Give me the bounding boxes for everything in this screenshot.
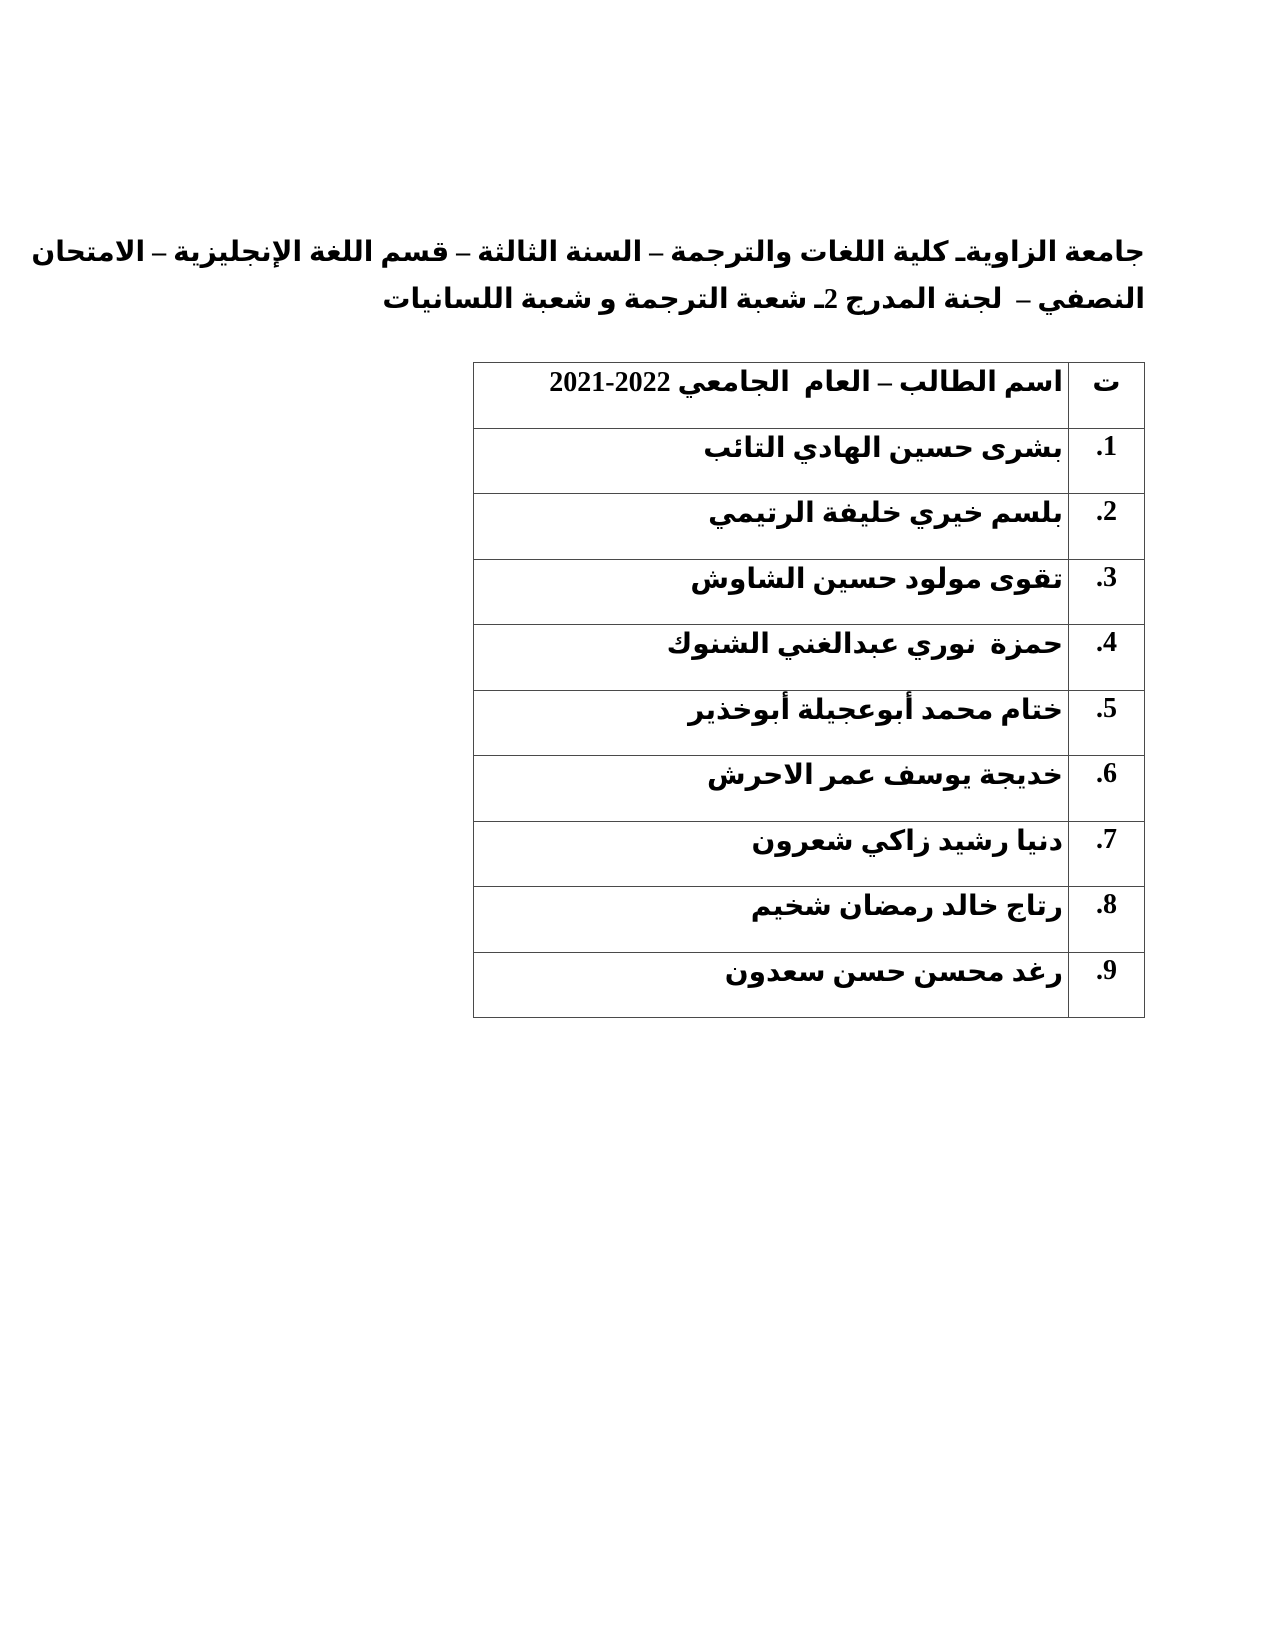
student-name: تقوى مولود حسين الشاوش [474,559,1069,625]
table-row: 9. رغد محسن حسن سعدون [474,952,1145,1018]
table-row: 1. بشرى حسين الهادي التائب [474,428,1145,494]
name-column-header: اسم الطالب – العام الجامعي 2022-2021 [474,363,1069,429]
student-name: ختام محمد أبوعجيلة أبوخذير [474,690,1069,756]
student-index: 6. [1069,756,1145,822]
student-name: رتاج خالد رمضان شخيم [474,887,1069,953]
table-row: 8. رتاج خالد رمضان شخيم [474,887,1145,953]
table-row: 5. ختام محمد أبوعجيلة أبوخذير [474,690,1145,756]
header-line-2: النصفي – لجنة المدرج 2ـ شعبة الترجمة و ش… [31,276,1145,323]
student-name: خديجة يوسف عمر الاحرش [474,756,1069,822]
student-index: 3. [1069,559,1145,625]
table-row: 3. تقوى مولود حسين الشاوش [474,559,1145,625]
student-index: 2. [1069,494,1145,560]
header-line-1: جامعة الزاويةـ كلية اللغات والترجمة – ال… [31,229,1145,276]
student-name: رغد محسن حسن سعدون [474,952,1069,1018]
student-name: بشرى حسين الهادي التائب [474,428,1069,494]
student-index: 9. [1069,952,1145,1018]
index-column-header: ت [1069,363,1145,429]
student-index: 1. [1069,428,1145,494]
student-roster-table: ت اسم الطالب – العام الجامعي 2022-2021 1… [473,362,1145,1018]
table-row: 7. دنيا رشيد زاكي شعرون [474,821,1145,887]
student-index: 7. [1069,821,1145,887]
student-name: بلسم خيري خليفة الرتيمي [474,494,1069,560]
table-row: 4. حمزة نوري عبدالغني الشنوك [474,625,1145,691]
document-page: جامعة الزاويةـ كلية اللغات والترجمة – ال… [0,0,1275,1650]
table-header-row: ت اسم الطالب – العام الجامعي 2022-2021 [474,363,1145,429]
student-index: 8. [1069,887,1145,953]
document-header: جامعة الزاويةـ كلية اللغات والترجمة – ال… [31,229,1145,323]
student-index: 4. [1069,625,1145,691]
table-row: 6. خديجة يوسف عمر الاحرش [474,756,1145,822]
student-name: حمزة نوري عبدالغني الشنوك [474,625,1069,691]
student-index: 5. [1069,690,1145,756]
table-row: 2. بلسم خيري خليفة الرتيمي [474,494,1145,560]
student-name: دنيا رشيد زاكي شعرون [474,821,1069,887]
